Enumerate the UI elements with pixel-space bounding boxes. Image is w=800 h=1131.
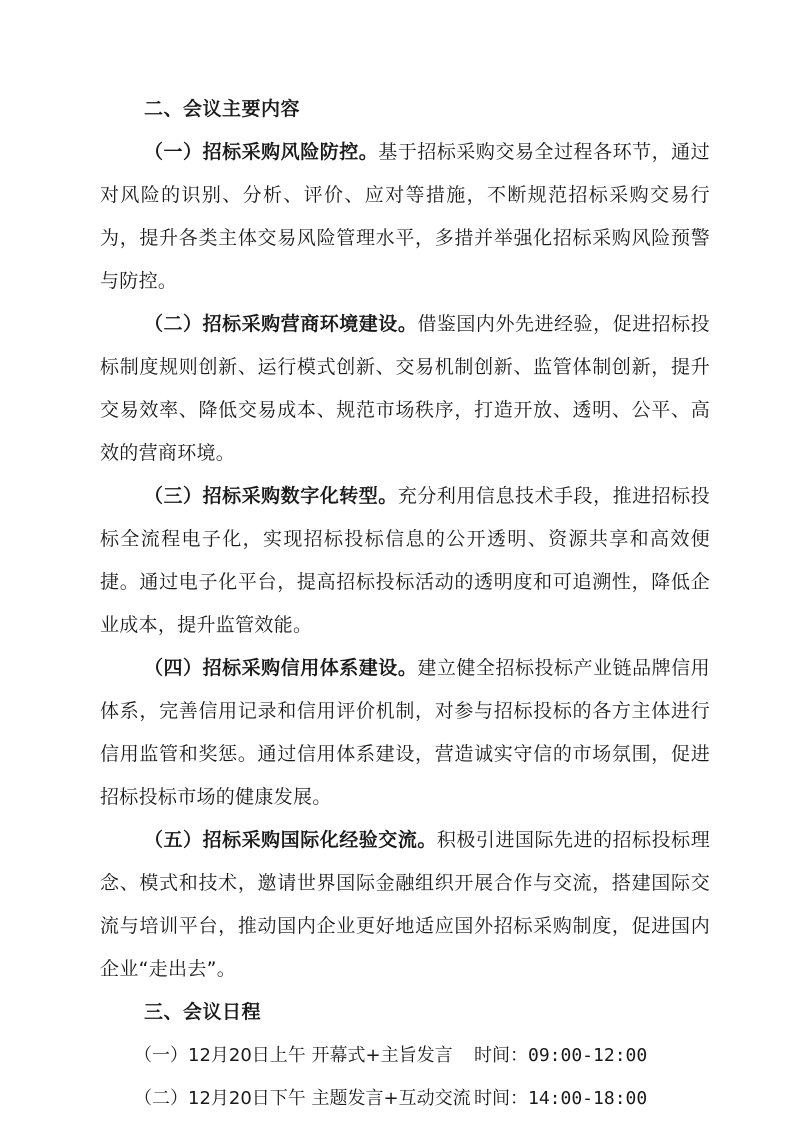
schedule-row-afternoon: （二）12月20日下午 主题发言+互动交流 时间：14:00-18:00 xyxy=(100,1077,710,1120)
item-title: （三）招标采购数字化转型。 xyxy=(144,485,398,507)
section-heading-meeting-content: 二、会议主要内容 xyxy=(100,88,710,131)
content-item-business-environment: （二）招标采购营商环境建设。借鉴国内外先进经验，促进招标投标制度规则创新、运行模… xyxy=(100,303,710,475)
item-body: 基于招标采购交易全过程各环节，通过对风险的识别、分析、评价、应对等措施，不断规范… xyxy=(100,141,710,292)
item-title: （五）招标采购国际化经验交流。 xyxy=(144,829,437,851)
document-page: 二、会议主要内容 （一）招标采购风险防控。基于招标采购交易全过程各环节，通过对风… xyxy=(100,88,710,1120)
schedule-time: 时间：09:00-12:00 xyxy=(474,1034,647,1077)
content-item-digital-transformation: （三）招标采购数字化转型。充分利用信息技术手段，推进招标投标全流程电子化，实现招… xyxy=(100,475,710,647)
item-title: （一）招标采购风险防控。 xyxy=(144,141,378,163)
item-body: 充分利用信息技术手段，推进招标投标全流程电子化，实现招标投标信息的公开透明、资源… xyxy=(100,485,710,636)
schedule-time: 时间：14:00-18:00 xyxy=(474,1077,647,1120)
section-heading-schedule: 三、会议日程 xyxy=(100,991,710,1034)
item-title: （四）招标采购信用体系建设。 xyxy=(144,657,417,679)
schedule-description: （一）12月20日上午 开幕式+主旨发言 xyxy=(134,1034,474,1077)
item-body: 积极引进国际先进的招标投标理念、模式和技术，邀请世界国际金融组织开展合作与交流，… xyxy=(100,829,710,980)
item-body: 借鉴国内外先进经验，促进招标投标制度规则创新、运行模式创新、交易机制创新、监管体… xyxy=(100,313,710,464)
content-item-international-exchange: （五）招标采购国际化经验交流。积极引进国际先进的招标投标理念、模式和技术，邀请世… xyxy=(100,819,710,991)
item-body: 建立健全招标投标产业链品牌信用体系，完善信用记录和信用评价机制，对参与招标投标的… xyxy=(100,657,710,808)
schedule-row-morning: （一）12月20日上午 开幕式+主旨发言 时间：09:00-12:00 xyxy=(100,1034,710,1077)
content-item-risk-control: （一）招标采购风险防控。基于招标采购交易全过程各环节，通过对风险的识别、分析、评… xyxy=(100,131,710,303)
item-title: （二）招标采购营商环境建设。 xyxy=(144,313,417,335)
schedule-description: （二）12月20日下午 主题发言+互动交流 xyxy=(134,1077,474,1120)
content-item-credit-system: （四）招标采购信用体系建设。建立健全招标投标产业链品牌信用体系，完善信用记录和信… xyxy=(100,647,710,819)
